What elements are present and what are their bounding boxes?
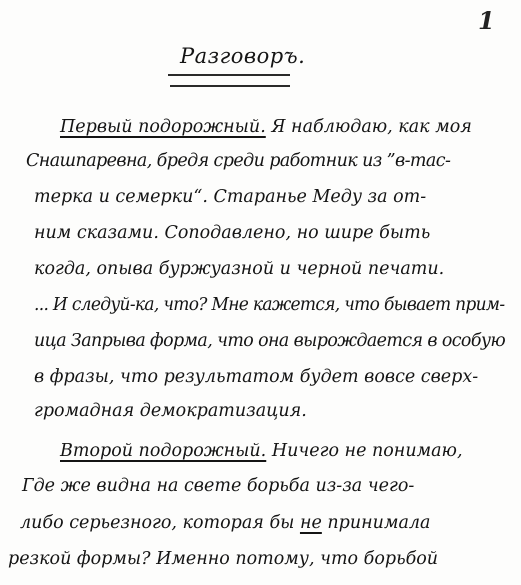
line-text: Ничего не понимаю,: [272, 441, 463, 461]
paragraph-1-line-5: когда, опыва буржуазной и черной печати.: [34, 258, 444, 280]
speaker-label-first: Первый подорожный.: [60, 117, 266, 137]
paragraph-2-line-3: либо серьезного, которая бы не принимала: [20, 512, 430, 534]
paragraph-2-line-2: Где же видна на свете борьба из-за чего-: [22, 475, 414, 497]
title-underline: [168, 74, 290, 76]
paragraph-1-line-6: ... И следуй-ка, что? Мне кажется, что б…: [34, 294, 504, 316]
underlined-word: не: [300, 513, 322, 533]
paragraph-1-line-7: ица Запрыва форма, что она вырождается в…: [34, 330, 505, 352]
paragraph-1-line-8: в фразы, что результатом будет вовсе све…: [34, 366, 478, 388]
paragraph-1-line-2: Снашпаревна, бредя среди работник из ”в-…: [26, 150, 450, 172]
page-number: 1: [478, 6, 495, 35]
paragraph-1-line-4: ним сказами. Соподавлено, но шире быть: [34, 222, 430, 244]
title-double-underline: [170, 85, 290, 87]
manuscript-page: 1 Разговоръ. Первый подорожный. Я наблюд…: [0, 0, 521, 585]
paragraph-1-line-1: Первый подорожный. Я наблюдаю, как моя: [60, 116, 472, 138]
paragraph-1-line-3: терка и семерки“. Старанье Меду за от-: [34, 186, 426, 208]
document-title: Разговоръ.: [180, 44, 305, 68]
speaker-label-second: Второй подорожный.: [60, 441, 266, 461]
paragraph-1-line-9: громадная демократизация.: [34, 400, 307, 422]
paragraph-2-line-1: Второй подорожный. Ничего не понимаю,: [60, 440, 463, 462]
paragraph-2-line-4: резкой формы? Именно потому, что борьбой: [8, 548, 438, 570]
line-text: Я наблюдаю, как моя: [271, 117, 471, 137]
line-text: принимала: [322, 513, 431, 533]
line-text: либо серьезного, которая бы: [20, 513, 300, 533]
